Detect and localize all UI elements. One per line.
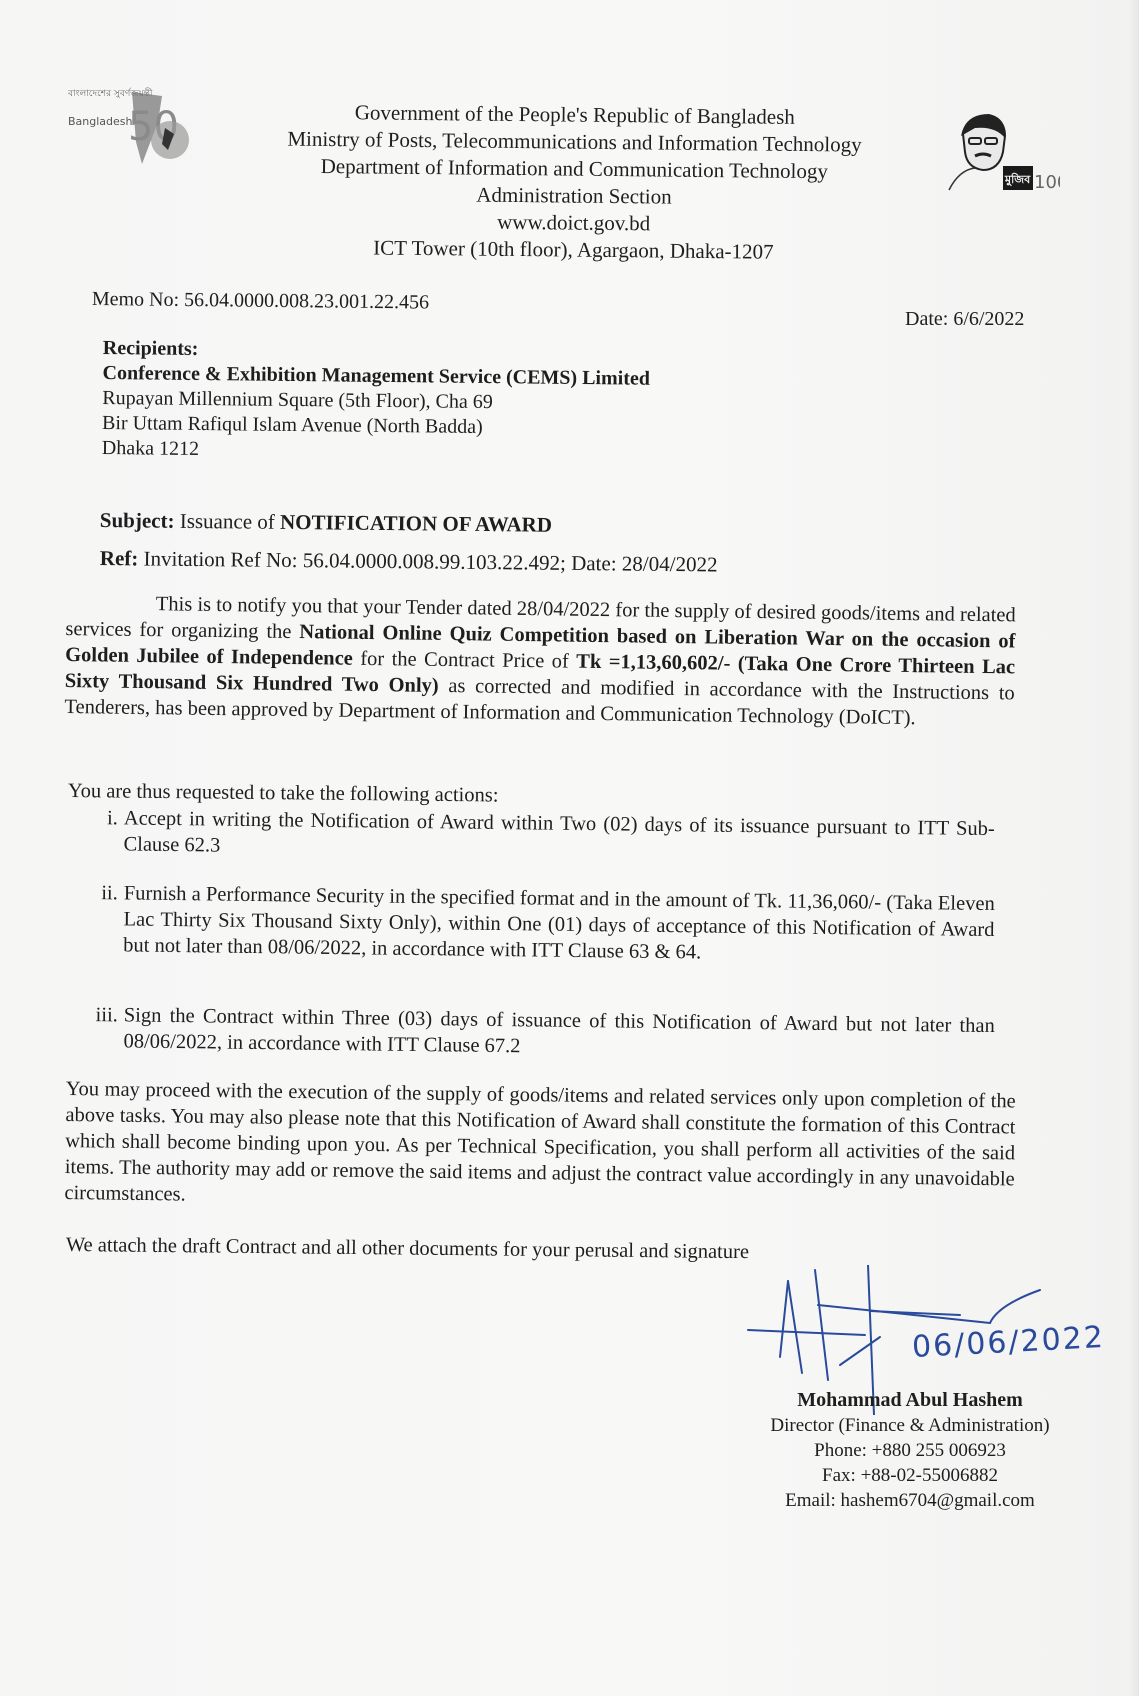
logo-bangla-text: বাংলাদেশের সুবর্ণজয়ন্তী [68, 90, 152, 99]
subject-prefix: Issuance of [180, 509, 275, 534]
para1-text-2: for the Contract Price of [353, 648, 577, 673]
signatory-phone: Phone: +880 255 006923 [760, 1438, 1060, 1463]
subject-title: NOTIFICATION OF AWARD [280, 510, 552, 537]
letter-date: Date: 6/6/2022 [905, 308, 1024, 331]
letterhead: Government of the People's Republic of B… [228, 98, 920, 267]
subject-label: Subject: [100, 508, 175, 533]
memo-value: 56.04.0000.008.23.001.22.456 [184, 289, 429, 314]
action-text: Furnish a Performance Security in the sp… [123, 880, 995, 969]
action-item: iii. Sign the Contract within Three (03)… [89, 1002, 995, 1065]
memo-label: Memo No: [92, 288, 179, 311]
memo-number: Memo No: 56.04.0000.008.23.001.22.456 [92, 288, 429, 315]
action-number: ii. [89, 880, 124, 958]
recipient-address-line: Dhaka 1212 [102, 436, 650, 467]
signatory-designation: Director (Finance & Administration) [760, 1413, 1060, 1438]
action-number: iii. [89, 1002, 124, 1054]
svg-text:মুজিব: মুজিব [1004, 172, 1031, 187]
attachment-paragraph: We attach the draft Contract and all oth… [66, 1234, 749, 1264]
reference-line: Ref: Invitation Ref No: 56.04.0000.008.9… [100, 546, 718, 577]
subject-line: Subject: Issuance of NOTIFICATION OF AWA… [100, 508, 552, 538]
ref-text: Invitation Ref No: 56.04.0000.008.99.103… [143, 546, 717, 576]
page-edge-shadow [1129, 0, 1139, 1696]
signatory-email: Email: hashem6704@gmail.com [760, 1488, 1060, 1513]
logo-bangladesh-text: Bangladesh [68, 115, 133, 128]
mujib-100-logo-icon: মুজিব 100 [945, 112, 1060, 194]
letter-page: 50 বাংলাদেশের সুবর্ণজয়ন্তী Bangladesh G… [0, 0, 1139, 1696]
action-item: i. Accept in writing the Notification of… [89, 805, 995, 868]
bangladesh-50-logo: 50 বাংলাদেশের সুবর্ণজয়ন্তী Bangladesh [62, 82, 192, 170]
notification-paragraph: This is to notify you that your Tender d… [64, 590, 1016, 732]
ref-label: Ref: [100, 546, 139, 570]
signatory-fax: Fax: +88-02-55006882 [760, 1463, 1060, 1488]
signatory-block: Mohammad Abul Hashem Director (Finance &… [760, 1388, 1060, 1513]
action-number: i. [89, 805, 124, 857]
date-label: Date: [905, 308, 948, 330]
execution-paragraph: You may proceed with the execution of th… [64, 1076, 1016, 1218]
signatory-name: Mohammad Abul Hashem [760, 1388, 1060, 1413]
action-text: Sign the Contract within Three (03) days… [123, 1002, 995, 1065]
date-value: 6/6/2022 [953, 308, 1024, 330]
action-item: ii. Furnish a Performance Security in th… [89, 880, 995, 969]
action-text: Accept in writing the Notification of Aw… [123, 805, 995, 868]
recipients-block: Recipients: Conference & Exhibition Mana… [102, 336, 651, 467]
svg-text:100: 100 [1034, 172, 1060, 193]
actions-intro: You are thus requested to take the follo… [68, 780, 499, 808]
mujib-100-logo: মুজিব 100 [945, 112, 1060, 194]
